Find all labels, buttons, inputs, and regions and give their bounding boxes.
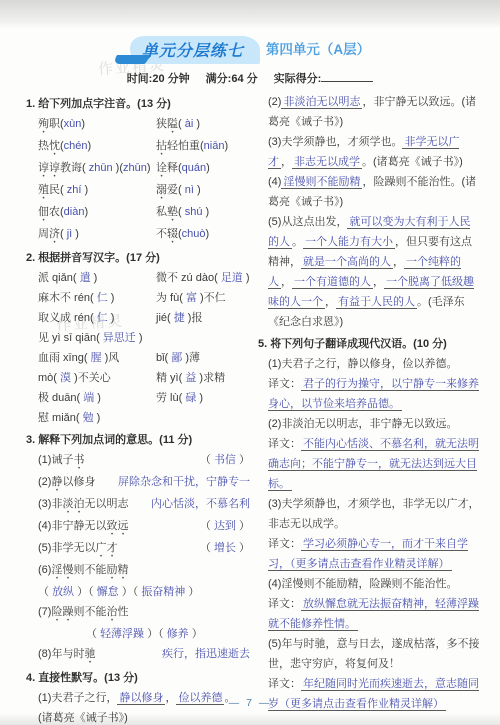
fill-in-item: 微不 zú dào( 足道 ) xyxy=(156,268,250,288)
printed-text: （ xyxy=(200,520,214,532)
printed-text: 则不能 xyxy=(73,564,106,576)
handwritten-answer: 仁 xyxy=(97,312,108,324)
printed-text: 谆谆 xyxy=(38,162,60,174)
printed-text: (5)从这点出发， xyxy=(268,216,347,228)
printed-text: 险躁 xyxy=(51,606,73,618)
fill-in-item: 劳 lù( 碌 ) xyxy=(156,388,250,408)
fill-in-item: 慰 miǎn( 勉 ) xyxy=(38,408,250,428)
printed-text: 精 yì( xyxy=(156,372,185,384)
fill-in-item: 周济( jì ) xyxy=(38,224,156,246)
printed-text: 隘 xyxy=(167,118,178,130)
printed-text: )报 xyxy=(185,312,203,324)
printed-text: 驰 xyxy=(84,648,95,660)
printed-text: 济 xyxy=(49,228,60,240)
printed-text: ）（ xyxy=(74,586,97,598)
printed-text: 静 xyxy=(51,476,62,488)
fill-in-item: 麻木不 rén( 仁 ) xyxy=(38,288,156,308)
printed-text: jié( xyxy=(156,312,174,324)
handwritten-answer: 碌 xyxy=(185,392,196,404)
printed-text: 淡泊 xyxy=(62,498,84,510)
fill-in-item: 诠释(quán) xyxy=(156,158,250,180)
printed-text: 见 yì sī qiān( xyxy=(38,332,103,344)
handwritten-answer: 增长 xyxy=(214,542,236,554)
exercise-line: 译文：君子的行为操守，以宁静专一来修养身心，以节俭来培养品德。 xyxy=(268,374,480,414)
handwritten-answer: 异思迁 xyxy=(103,332,136,344)
exercise-line: (8)年与时驰疾行，指迅速逝去 xyxy=(38,644,250,666)
handwritten-answer: diàn xyxy=(64,206,85,218)
printed-text: ) xyxy=(202,206,209,218)
printed-text: ) xyxy=(147,162,151,174)
printed-text: （ xyxy=(200,542,214,554)
handwritten-answer: 益 xyxy=(185,372,196,384)
question-text: (4)非宁静无以致远 xyxy=(38,516,128,538)
printed-text: ) xyxy=(81,118,85,130)
printed-text: 忱 xyxy=(49,140,60,152)
printed-text: 取义成 rén( xyxy=(38,312,97,324)
printed-text: 派 qiǎn( xyxy=(38,272,80,284)
printed-text: )求精 xyxy=(196,372,225,384)
section-title: 根据拼音写汉字。(17 分) xyxy=(38,252,160,264)
printed-text: 佃 xyxy=(38,206,49,218)
handwritten-answer: 漠 xyxy=(60,372,71,384)
printed-text: 诠 xyxy=(156,162,167,174)
fill-in-item: 热忱(chén) xyxy=(38,136,156,158)
handwritten-answer: 书信 xyxy=(214,454,236,466)
printed-text: 溺 xyxy=(156,184,167,196)
printed-text: 爱( xyxy=(167,184,185,196)
printed-text: mò( xyxy=(38,372,60,384)
printed-text: 不 xyxy=(156,228,167,240)
section-number: 4. xyxy=(26,672,35,684)
exercise-line: (2)非淡泊无以明志，非宁静无以致远。(诸葛亮《诫子书》) xyxy=(268,92,480,132)
printed-text: 辍 xyxy=(167,228,178,240)
printed-text: 无以明志 xyxy=(84,498,128,510)
section-title: 给下列加点字注音。(13 分) xyxy=(38,98,171,110)
printed-text: 。 xyxy=(292,236,303,248)
printed-text: )不仁 xyxy=(197,292,226,304)
printed-text: )风 xyxy=(102,352,120,364)
handwritten-answer: 修养 xyxy=(167,628,189,640)
section-number: 3. xyxy=(26,434,35,446)
handwritten-answer: zhí xyxy=(67,184,82,196)
printed-text: ) xyxy=(193,118,200,130)
section-title: 解释下列加点词的意思。(11 分) xyxy=(38,434,192,446)
handwritten-answer: niān xyxy=(204,140,225,152)
printed-text: )( xyxy=(113,162,123,174)
printed-text: (1)夫君子之行，静以修身，俭以养德。 xyxy=(268,358,457,370)
handwritten-answer: zhūn xyxy=(123,162,147,174)
printed-text: 狭 xyxy=(156,118,167,130)
printed-text: （ xyxy=(86,628,100,640)
fill-in-item: 溺爱( nì ) xyxy=(156,180,250,202)
handwritten-answer: chuò xyxy=(182,228,206,240)
fill-in-item: 谆谆教诲( zhūn )(zhūn) xyxy=(38,158,156,180)
printed-text: 麻木不 rén( xyxy=(38,292,97,304)
printed-text: ） xyxy=(189,628,203,640)
printed-text: 则不能 xyxy=(73,606,106,618)
printed-text: ） xyxy=(185,586,199,598)
handwritten-answer: 振奋精神 xyxy=(141,586,185,598)
printed-text: 。(诸葛亮《诫子书》) xyxy=(362,156,463,168)
exercise-line: (2)静以修身屏除杂念和干扰，宁静专一 xyxy=(38,472,250,494)
printed-text: 治 xyxy=(106,606,117,618)
question-text: (2)静以修身 xyxy=(38,472,95,494)
handwritten-answer: chén xyxy=(64,140,88,152)
fill-in-item: 为 fù( 富 )不仁 xyxy=(156,288,250,308)
printed-text: ）（ xyxy=(144,628,167,640)
handwritten-answer: 端 xyxy=(83,392,94,404)
printed-text: ) xyxy=(108,312,115,324)
printed-text: )不关心 xyxy=(71,372,111,384)
section-number: 5. xyxy=(258,338,267,350)
question-text: (5)非学无以广才 xyxy=(38,538,117,560)
printed-text: )薄 xyxy=(182,352,200,364)
handwritten-answer: nì xyxy=(185,184,194,196)
printed-text: (3)非 xyxy=(38,498,62,510)
page-top-edge xyxy=(0,0,500,28)
handwritten-answer: xùn xyxy=(64,118,82,130)
left-column: 1.给下列加点字注音。(13 分)殉职(xùn)狭隘( ài )热忱(chén)… xyxy=(26,92,250,725)
printed-text: 译文： xyxy=(268,378,301,390)
handwritten-answer: 非志无以成学 xyxy=(292,156,362,169)
handwritten-answer: 轻薄浮躁 xyxy=(100,628,144,640)
handwritten-answer: 疾行，指迅速逝去 xyxy=(162,648,250,660)
fill-in-item: bǐ( 鄙 )薄 xyxy=(156,348,250,368)
exercise-grid: 殉职(xùn)狭隘( ài )热忱(chén)拈轻怕重(niān)谆谆教诲( z… xyxy=(38,114,250,246)
printed-text: ) xyxy=(72,228,79,240)
title-badge: 单元分层练七 xyxy=(130,36,260,64)
exercise-line: （ 放纵 ）（ 懈怠 ）（ 振奋精神 ） xyxy=(38,582,250,602)
section-heading: 2.根据拼音写汉字。(17 分) xyxy=(26,248,250,268)
printed-text: ) xyxy=(88,140,92,152)
printed-text: ） xyxy=(236,542,250,554)
time-label: 时间: xyxy=(127,73,153,85)
printed-text: 周 xyxy=(38,228,49,240)
printed-text: 私 xyxy=(156,206,167,218)
time-value: 20 分钟 xyxy=(152,73,189,85)
printed-text: ， xyxy=(393,256,404,268)
score-blank xyxy=(321,70,373,82)
fill-in-item: 佃农(diàn) xyxy=(38,202,156,224)
printed-text: ( xyxy=(60,228,67,240)
printed-text: 极 duān( xyxy=(38,392,83,404)
exercise-line: (5)从这点出发，就可以变为大有利于人民的人。一个人能力有大小，但只要有这点精神… xyxy=(268,212,480,332)
printed-text: 微不 zú dào( xyxy=(156,272,221,284)
exercise-line: (3)夫学须静也，才须学也。非学无以广才，非志无以成学。(诸葛亮《诫子书》) xyxy=(268,132,480,172)
printed-text: 慰 miǎn( xyxy=(38,412,83,424)
printed-text: 热 xyxy=(38,140,49,152)
exercise-line: (3)夫学须静也，才须学也，非学无以广才，非志无以成学。 xyxy=(268,494,480,534)
printed-text: (8)年与时 xyxy=(38,648,84,660)
printed-text: ) xyxy=(196,392,203,404)
handwritten-answer: shú xyxy=(185,206,203,218)
printed-text: 致远 xyxy=(106,520,128,532)
handwritten-answer: 屏除杂念和干扰，宁静专一 xyxy=(118,476,250,488)
printed-text: (3)夫学须静也，才须学也。 xyxy=(268,136,402,148)
right-column: (2)非淡泊无以明志，非宁静无以致远。(诸葛亮《诫子书》)(3)夫学须静也，才须… xyxy=(258,92,480,725)
full-score-value: 64 分 xyxy=(231,73,257,85)
exercise-line: (4)淫慢则不能励精，险躁则不能治性。(诸葛亮《诫子书》) xyxy=(268,172,480,212)
page-number: — 7 — xyxy=(0,697,500,709)
page-header: 单元分层练七 第四单元（A层） xyxy=(0,36,500,64)
handwritten-answer: 懈怠 xyxy=(97,586,119,598)
exercise-line: 译文：学习必须静心专一，而才干来自学习，（更多请点击查看作业精灵详解） xyxy=(268,534,480,574)
printed-text: (6) xyxy=(38,564,51,576)
page-body: 1.给下列加点字注音。(13 分)殉职(xùn)狭隘( ài )热忱(chén)… xyxy=(0,92,500,725)
exercise-line: (1)夫君子之行，静以修身，俭以养德。 xyxy=(268,354,480,374)
exercise-line: (4)非宁静无以致远（ 达到 ） xyxy=(38,516,250,538)
section-heading: 3.解释下列加点词的意思。(11 分) xyxy=(26,430,250,450)
handwritten-answer: 仁 xyxy=(97,292,108,304)
handwritten-answer: 有益于人民的人 xyxy=(336,296,417,309)
handwritten-answer: ài xyxy=(185,118,194,130)
printed-text: 译文： xyxy=(268,538,301,550)
handwritten-answer: 一个有道德的人 xyxy=(292,276,373,289)
printed-text: (2) xyxy=(38,476,51,488)
printed-text: bǐ( xyxy=(156,352,171,364)
fill-in-item: 拈轻怕重(niān) xyxy=(156,136,250,158)
fill-in-item: 极 duān( 端 ) xyxy=(38,388,156,408)
answer-text: （ 增长 ） xyxy=(200,538,250,560)
printed-text: 性 xyxy=(117,606,128,618)
printed-text: (2) xyxy=(268,96,281,108)
printed-text: ( xyxy=(178,206,185,218)
printed-text: 译文： xyxy=(268,678,301,690)
handwritten-answer: 就是一个高尚的人 xyxy=(301,256,393,269)
section-title: 将下列句子翻译成现代汉语。(10 分) xyxy=(270,338,447,350)
printed-text: (4)非宁静无以 xyxy=(38,520,106,532)
printed-text: ) xyxy=(81,184,88,196)
printed-text: (4)淫慢则不能励精，险躁则不能治性。 xyxy=(268,578,457,590)
fill-in-item: 精 yì( 益 )求精 xyxy=(156,368,250,388)
exercise-line: 译文：不能内心恬淡、不慕名利，就无法明确志向；不能宁静专一，就无法达到远大目标。 xyxy=(268,434,480,494)
exercise-line: (7)险躁则不能治性 xyxy=(38,602,250,624)
question-text: (8)年与时驰 xyxy=(38,644,95,666)
printed-text: ） xyxy=(236,520,250,532)
printed-text: 译文： xyxy=(268,438,301,450)
printed-text: ) xyxy=(91,272,98,284)
printed-text: ) xyxy=(224,140,228,152)
fill-in-item: jié( 捷 )报 xyxy=(156,308,250,328)
printed-text: (7) xyxy=(38,606,51,618)
unit-title: 单元分层练七 xyxy=(130,36,260,64)
fill-in-item: 见 yì sī qiān( 异思迁 ) xyxy=(38,328,250,348)
printed-text: 轻怕重( xyxy=(167,140,204,152)
printed-text: 劳 lù( xyxy=(156,392,185,404)
printed-text: ) xyxy=(84,206,88,218)
answer-text: 疾行，指迅速逝去 xyxy=(162,644,250,666)
exercise-line: (5)非学无以广才（ 增长 ） xyxy=(38,538,250,560)
printed-text: （ xyxy=(38,586,52,598)
printed-text: 农( xyxy=(49,206,64,218)
section-number: 2. xyxy=(26,252,35,264)
printed-text: （ xyxy=(200,454,214,466)
printed-text: 书 xyxy=(73,454,84,466)
answer-text: （ 达到 ） xyxy=(200,516,250,538)
printed-text: ) xyxy=(94,412,101,424)
actual-score-label: 实际得分: xyxy=(274,73,322,85)
printed-text: 译文： xyxy=(268,598,301,610)
printed-text: 血雨 xīng( xyxy=(38,352,91,364)
answer-text: 屏除杂念和干扰，宁静专一 xyxy=(118,472,250,494)
printed-text: (2)非淡泊无以明志，非宁静无以致远。 xyxy=(268,418,457,430)
exercise-line: (2)非淡泊无以明志，非宁静无以致远。 xyxy=(268,414,480,434)
handwritten-answer: 富 xyxy=(186,292,197,304)
printed-text: (5)年与时驰，意与日去，遂成枯落，多不接世，悲守穷庐，将复何及！ xyxy=(268,638,479,670)
printed-text: 职( xyxy=(49,118,64,130)
printed-text: ) xyxy=(243,272,250,284)
handwritten-answer: 放纵 xyxy=(52,586,74,598)
fill-in-item: 殉职(xùn) xyxy=(38,114,156,136)
exercise-line: 译文：放纵懈怠就无法振奋精神，轻薄浮躁就不能修养性情。 xyxy=(268,594,480,634)
printed-text: (1)诫子 xyxy=(38,454,73,466)
exercise-line: (4)淫慢则不能励精，险躁则不能治性。 xyxy=(268,574,480,594)
printed-text: (3)夫学须静也，才须学也，非学无以广才，非志无以成学。 xyxy=(268,498,479,530)
handwritten-answer: 勉 xyxy=(83,412,94,424)
printed-text: ) xyxy=(194,184,201,196)
unit-subtitle: 第四单元（A层） xyxy=(266,42,370,57)
handwritten-answer: quán xyxy=(182,162,206,174)
fill-in-item: 私塾( shú ) xyxy=(156,202,250,224)
handwritten-answer: zhūn xyxy=(89,162,113,174)
printed-text: 教诲( xyxy=(60,162,89,174)
printed-text: ） xyxy=(236,454,250,466)
handwritten-answer: 达到 xyxy=(214,520,236,532)
printed-text: ， xyxy=(325,296,336,308)
printed-text: ) xyxy=(136,332,143,344)
printed-text: 励精 xyxy=(106,564,128,576)
printed-text: ) xyxy=(206,228,210,240)
handwritten-answer: 非淡泊无以明志 xyxy=(281,96,362,109)
exercise-line: (3)非淡泊无以明志内心恬淡，不慕名利 xyxy=(38,494,250,516)
handwritten-answer: 遣 xyxy=(80,272,91,284)
printed-text: 释( xyxy=(167,162,182,174)
exercise-line: (6)淫慢则不能励精 xyxy=(38,560,250,582)
printed-text: ， xyxy=(373,276,384,288)
section-heading: 1.给下列加点字注音。(13 分) xyxy=(26,94,250,114)
handwritten-answer: 鄙 xyxy=(171,352,182,364)
printed-text: ， xyxy=(281,156,292,168)
printed-text: (4) xyxy=(268,176,281,188)
printed-text: 殉 xyxy=(38,118,49,130)
printed-text: ( xyxy=(178,118,185,130)
printed-text: 殖 xyxy=(38,184,49,196)
printed-text: ) xyxy=(94,392,101,404)
handwritten-answer: 淫慢则不能励精 xyxy=(281,176,362,189)
section-heading: 4.直接性默写。(13 分) xyxy=(26,668,250,688)
exercise-line: （ 轻薄浮躁 ）（ 修养 ） xyxy=(38,624,250,644)
printed-text: ) xyxy=(108,292,115,304)
section-heading: 5.将下列句子翻译成现代汉语。(10 分) xyxy=(258,334,480,354)
question-text: (3)非淡泊无以明志 xyxy=(38,494,128,516)
handwritten-answer: 内心恬淡，不慕名利 xyxy=(151,498,250,510)
section-number: 1. xyxy=(26,98,35,110)
section-title: 直接性默写。(13 分) xyxy=(38,672,138,684)
handwritten-answer: 一个人能力有大小 xyxy=(303,236,395,249)
fill-in-item: 派 qiǎn( 遣 ) xyxy=(38,268,156,288)
printed-text: 塾 xyxy=(167,206,178,218)
printed-text: ， xyxy=(281,276,292,288)
fill-in-item: 狭隘( ài ) xyxy=(156,114,250,136)
answer-text: 内心恬淡，不慕名利 xyxy=(151,494,250,516)
handwritten-answer: 捷 xyxy=(174,312,185,324)
printed-text: (5)非学无以 xyxy=(38,542,95,554)
fill-in-item: 不辍(chuò) xyxy=(156,224,250,246)
exam-meta: 时间:20 分钟满分:64 分实际得分: xyxy=(0,70,500,86)
printed-text: 淫慢 xyxy=(51,564,73,576)
handwritten-answer: 腥 xyxy=(91,352,102,364)
printed-text: ）（ xyxy=(119,586,142,598)
printed-text: 民( xyxy=(49,184,67,196)
printed-text: 拈 xyxy=(156,140,167,152)
fill-in-item: 取义成 rén( 仁 ) xyxy=(38,308,156,328)
printed-text: 以修身 xyxy=(62,476,95,488)
exercise-line: (5)年与时驰，意与日去，遂成枯落，多不接世，悲守穷庐，将复何及！ xyxy=(268,634,480,674)
fill-in-item: 血雨 xīng( 腥 )风 xyxy=(38,348,156,368)
printed-text: 为 fù( xyxy=(156,292,186,304)
printed-text: 广才 xyxy=(95,542,117,554)
handwritten-answer: 足道 xyxy=(221,272,243,284)
exercise-grid: 派 qiǎn( 遣 )微不 zú dào( 足道 )麻木不 rén( 仁 )为 … xyxy=(38,268,250,428)
answer-text: （ 书信 ） xyxy=(200,450,250,472)
exercise-line: (1)诫子书（ 书信 ） xyxy=(38,450,250,472)
question-text: (1)诫子书 xyxy=(38,450,84,472)
full-score-label: 满分: xyxy=(206,73,232,85)
fill-in-item: 殖民( zhí ) xyxy=(38,180,156,202)
printed-text: ) xyxy=(206,162,210,174)
fill-in-item: mò( 漠 )不关心 xyxy=(38,368,156,388)
